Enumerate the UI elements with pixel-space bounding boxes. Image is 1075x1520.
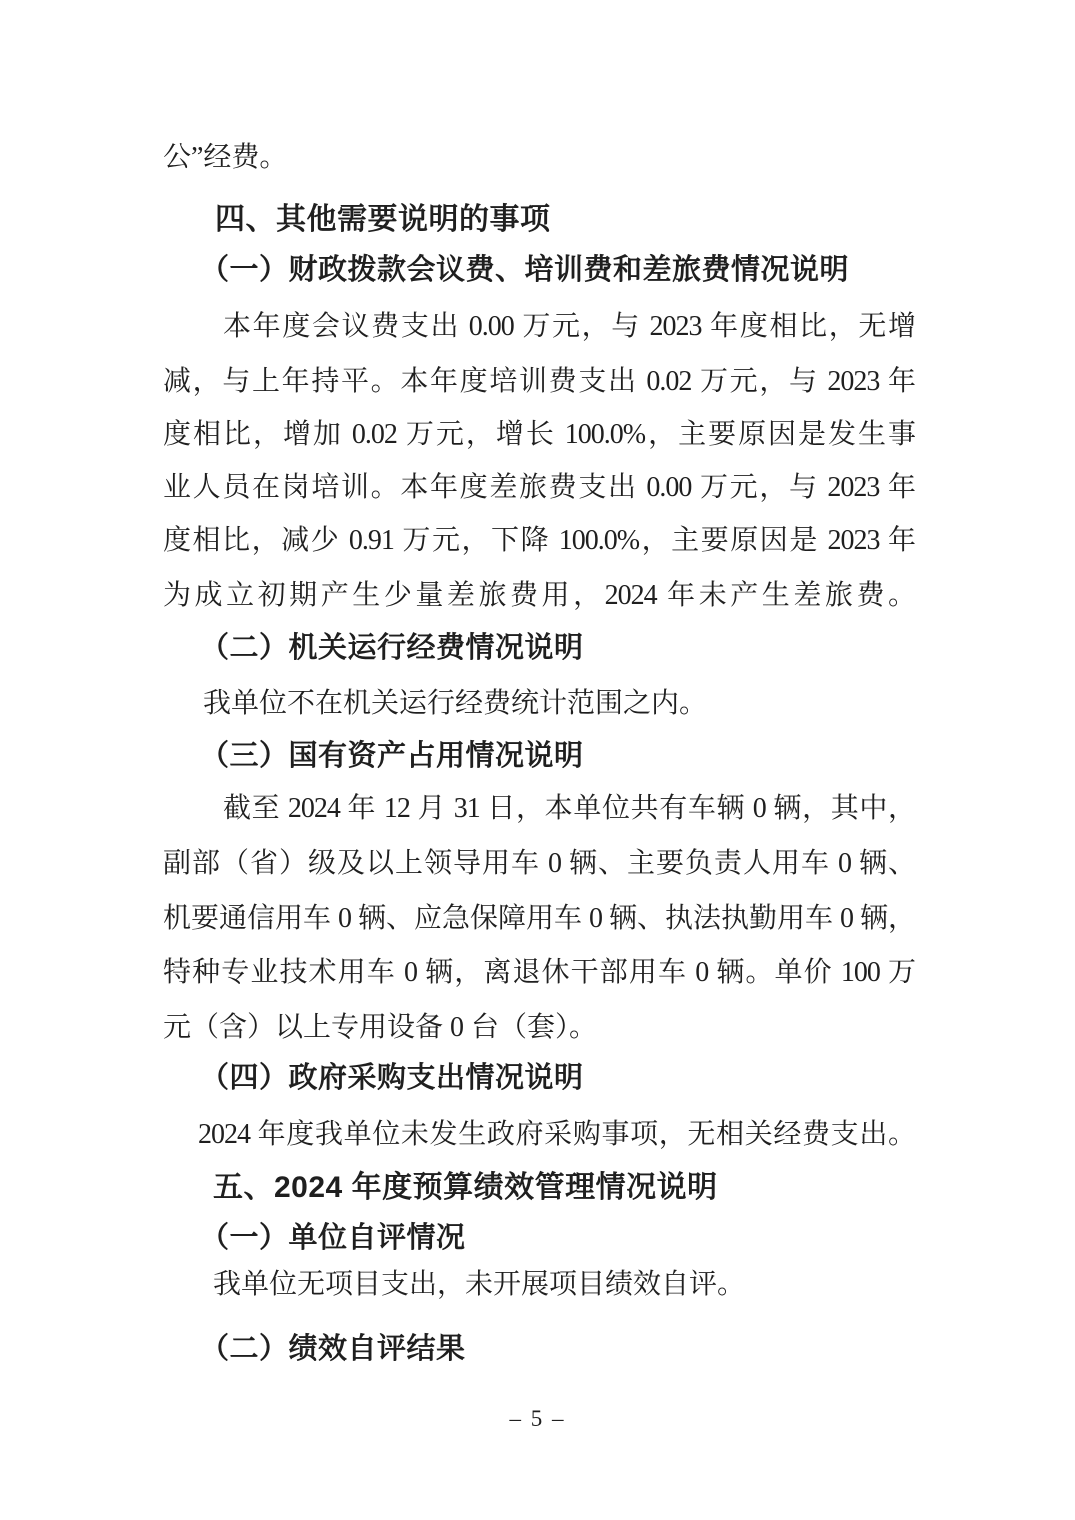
paragraph-line: 我单位不在机关运行经费统计范围之内。 — [163, 686, 915, 721]
heading-sub-5-2: （二）绩效自评结果 — [200, 1331, 466, 1367]
paragraph-line: 为成立初期产生少量差旅费用，2024 年未产生差旅费。 — [163, 578, 915, 613]
document-page: 公”经费。 四、其他需要说明的事项 （一）财政拨款会议费、培训费和差旅费情况说明… — [0, 0, 1075, 1520]
page-number: – 5 – — [0, 1405, 1075, 1434]
heading-sub-4-3: （三）国有资产占用情况说明 — [200, 738, 584, 774]
paragraph-line: 截至 2024 年 12 月 31 日，本单位共有车辆 0 辆，其中， — [163, 791, 915, 826]
heading-section-5: 五、2024 年度预算绩效管理情况说明 — [213, 1169, 718, 1207]
paragraph-line: 业人员在岗培训。本年度差旅费支出 0.00 万元，与 2023 年 — [163, 470, 915, 505]
heading-sub-4-2: （二）机关运行经费情况说明 — [200, 630, 584, 666]
paragraph-line: 特种专业技术用车 0 辆，离退休干部用车 0 辆。单价 100 万 — [163, 955, 915, 990]
paragraph-line: 2024 年度我单位未发生政府采购事项，无相关经费支出。 — [163, 1117, 915, 1152]
paragraph-line: 度相比，增加 0.02 万元，增长 100.0%，主要原因是发生事 — [163, 417, 915, 452]
paragraph-line: 机要通信用车 0 辆、应急保障用车 0 辆、执法执勤用车 0 辆， — [163, 901, 915, 936]
paragraph-line: 我单位无项目支出，未开展项目绩效自评。 — [163, 1267, 915, 1302]
paragraph-line: 副部（省）级及以上领导用车 0 辆、主要负责人用车 0 辆、 — [163, 846, 915, 881]
heading-sub-4-4: （四）政府采购支出情况说明 — [200, 1060, 584, 1096]
paragraph-line: 本年度会议费支出 0.00 万元，与 2023 年度相比，无增 — [163, 309, 915, 344]
paragraph-line: 元（含）以上专用设备 0 台（套）。 — [163, 1010, 915, 1045]
heading-sub-4-1: （一）财政拨款会议费、培训费和差旅费情况说明 — [200, 252, 849, 288]
paragraph-line: 度相比，减少 0.91 万元，下降 100.0%，主要原因是 2023 年 — [163, 523, 915, 558]
paragraph-line: 减，与上年持平。本年度培训费支出 0.02 万元，与 2023 年 — [163, 364, 915, 399]
paragraph-carryover-end: 公”经费。 — [163, 140, 915, 175]
heading-section-4: 四、其他需要说明的事项 — [215, 201, 551, 239]
heading-sub-5-1: （一）单位自评情况 — [200, 1220, 466, 1256]
